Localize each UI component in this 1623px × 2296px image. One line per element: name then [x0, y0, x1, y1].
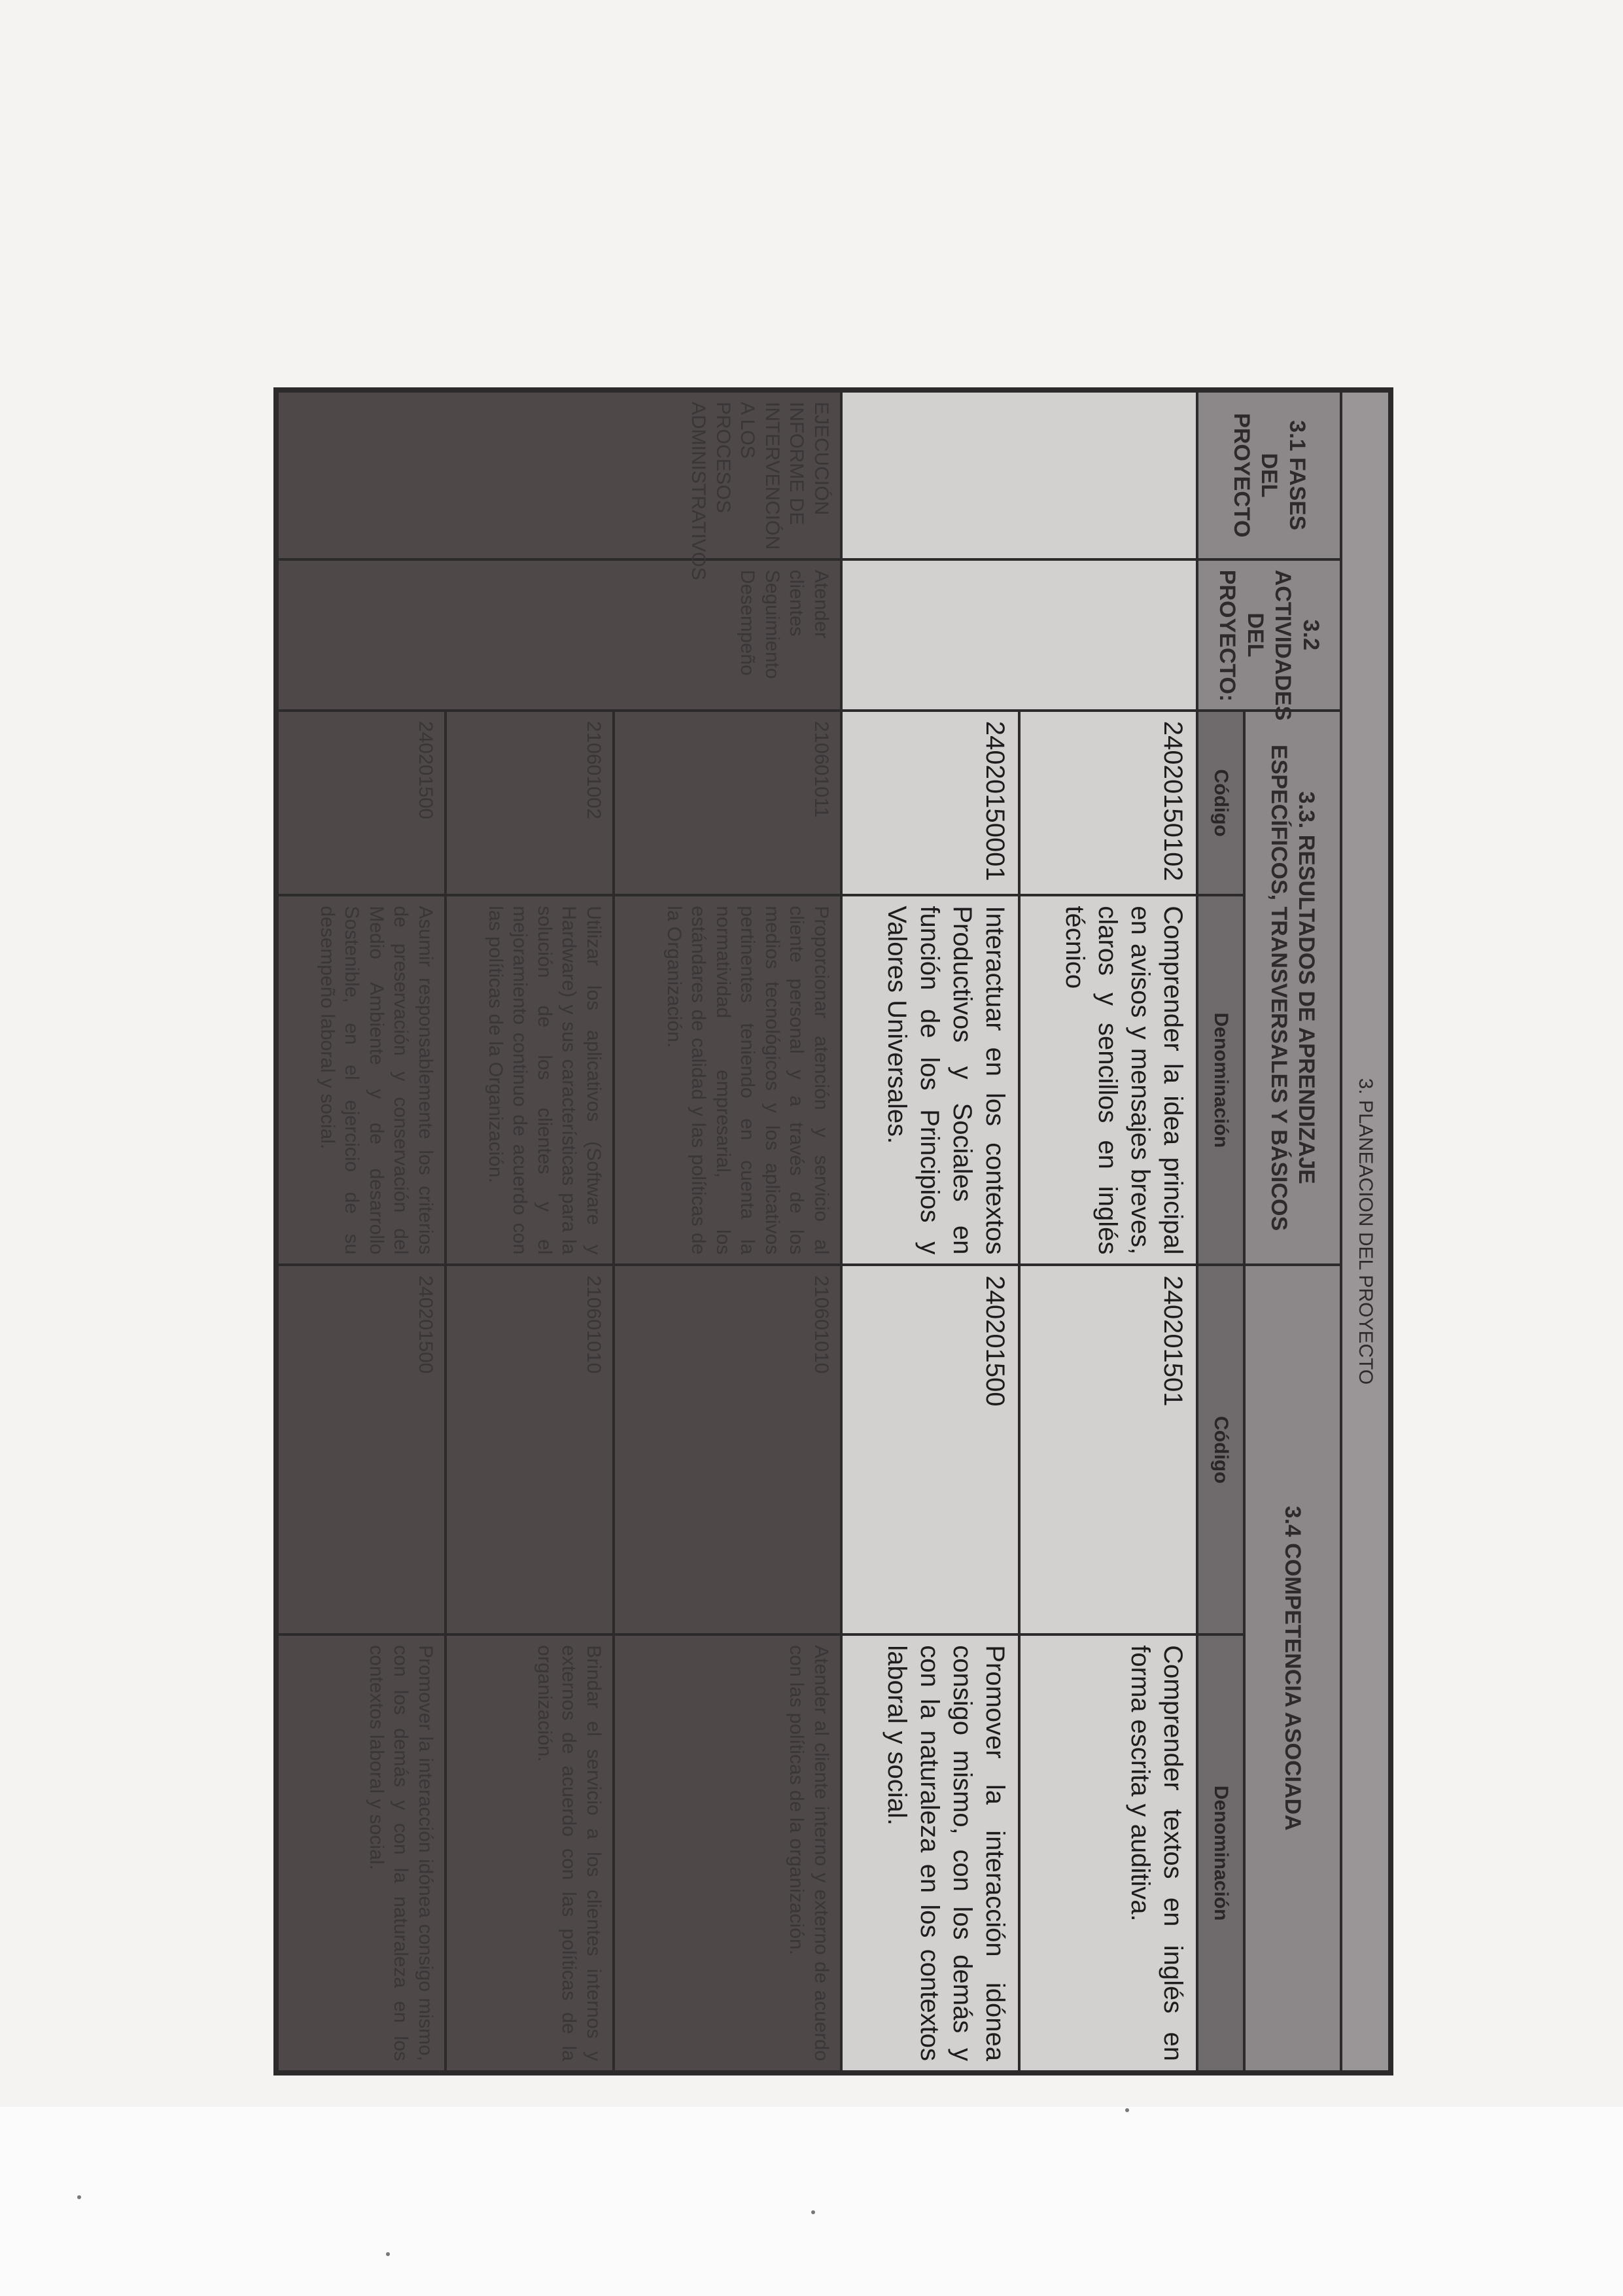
resultado-codigo-cell: 24020150102 [1019, 711, 1197, 895]
header-fases: 3.1 FASES DEL PROYECTO [1197, 391, 1341, 559]
competencia-codigo-cell: 210601010 [614, 1265, 841, 1634]
resultado-denominacion-cell: Utilizar los aplicativos (Software y Har… [445, 895, 614, 1265]
competencia-denominacion-cell: Comprender textos en inglés en forma esc… [1019, 1634, 1197, 2072]
resultado-codigo-cell: 210601011 [614, 711, 841, 895]
fase-cell: EJECUCIÓN INFORME DE INTERVENCIÓN A LOS … [277, 391, 841, 559]
competencia-denominacion-cell: Atender al cliente interno y externo de … [614, 1634, 841, 2072]
scan-speck [1125, 2108, 1129, 2112]
scan-margin [0, 2107, 1623, 2296]
scan-speck [77, 2195, 81, 2199]
resultado-denominacion-cell: Comprender la idea principal en avisos y… [1019, 895, 1197, 1265]
resultado-codigo-cell: 240201500 [277, 711, 445, 895]
resultado-denominacion-cell: Interactuar en los contextos Productivos… [841, 895, 1019, 1265]
actividad-cell [841, 559, 1197, 711]
header-resultados: 3.3. RESULTADOS DE APRENDIZAJE ESPECÍFIC… [1244, 711, 1341, 1265]
resultado-codigo-cell: 24020150001 [841, 711, 1019, 895]
header-actividades: 3.2 ACTIVIDADES DEL PROYECTO: [1197, 559, 1341, 711]
actividad-cell: Atender clientes Seguimiento Desempeño [277, 559, 841, 711]
table-title: 3. PLANEACION DEL PROYECTO [1341, 391, 1389, 2072]
resultado-denominacion-cell: Proporcionar atención y servicio al clie… [614, 895, 841, 1265]
header-competencia-codigo: Código [1197, 1265, 1244, 1634]
table-row: EJECUCIÓN INFORME DE INTERVENCIÓN A LOS … [614, 391, 841, 2072]
header-resultado-codigo: Código [1197, 711, 1244, 895]
competencia-denominacion-cell: Brindar el servicio a los clientes inter… [445, 1634, 614, 2072]
header-competencia: 3.4 COMPETENCIA ASOCIADA [1244, 1265, 1341, 2072]
competencia-codigo-cell: 240201500 [841, 1265, 1019, 1634]
planeacion-table: 3. PLANEACION DEL PROYECTO 3.1 FASES DEL… [276, 390, 1391, 2073]
resultado-denominacion-cell: Asumir responsablemente los criterios de… [277, 895, 445, 1265]
competencia-denominacion-cell: Promover la interacción idónea consigo m… [841, 1634, 1019, 2072]
fase-cell [841, 391, 1197, 559]
scan-speck [386, 2252, 390, 2256]
header-resultado-denominacion: Denominación [1197, 895, 1244, 1265]
competencia-codigo-cell: 210601010 [445, 1265, 614, 1634]
rotated-page: 3. PLANEACION DEL PROYECTO 3.1 FASES DEL… [273, 387, 1393, 2075]
table-row: 24020150102 Comprender la idea principal… [1019, 391, 1197, 2072]
planeacion-table-container: 3. PLANEACION DEL PROYECTO 3.1 FASES DEL… [273, 387, 1393, 2075]
scan-speck [811, 2210, 815, 2214]
competencia-codigo-cell: 240201501 [1019, 1265, 1197, 1634]
competencia-codigo-cell: 240201500 [277, 1265, 445, 1634]
competencia-denominacion-cell: Promover la interacción idónea consigo m… [277, 1634, 445, 2072]
header-competencia-denominacion: Denominación [1197, 1634, 1244, 2072]
resultado-codigo-cell: 210601002 [445, 711, 614, 895]
